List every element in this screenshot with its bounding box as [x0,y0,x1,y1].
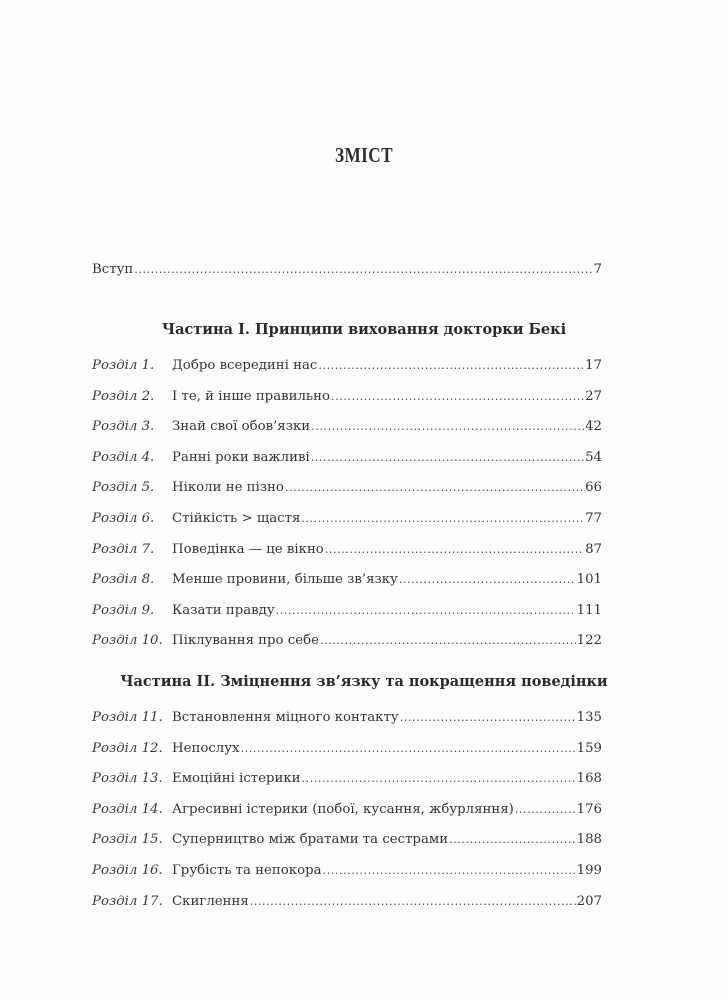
chapter-label: Розділ 12. [92,738,172,760]
dot-leader [302,768,576,790]
page-number: 54 [585,447,602,469]
dot-leader [241,738,576,760]
chapter-title: Емоційні істерики [172,768,301,790]
dot-leader [311,447,584,469]
page-number: 168 [577,768,602,790]
chapter-title: Суперництво між братами та сестрами [172,829,448,851]
chapter-title: Грубість та непокора [172,860,322,882]
page-number: 77 [585,508,602,530]
page-number: 135 [577,707,602,729]
chapter-label: Розділ 14. [92,799,172,821]
chapter-label: Розділ 2. [92,386,172,408]
entry-title: Вступ [92,259,133,281]
page-number: 101 [577,569,602,591]
toc-entry[interactable]: Розділ 8.Менше провини, більше зв’язку10… [92,569,602,591]
chapter-label: Розділ 5. [92,477,172,499]
toc-entry[interactable]: Розділ 11.Встановлення міцного контакту1… [92,707,602,729]
chapter-title: Ранні роки важливі [172,447,310,469]
dot-leader [515,799,576,821]
toc-entry-intro[interactable]: Вступ 7 [92,259,602,281]
dot-leader [400,707,576,729]
dot-leader [250,891,576,913]
dot-leader [325,539,584,561]
dot-leader [285,477,584,499]
dot-leader [134,259,592,281]
toc-entry[interactable]: Розділ 4.Ранні роки важливі54 [92,447,602,469]
page-number: 27 [585,386,602,408]
toc-entry[interactable]: Розділ 15.Суперництво між братами та сес… [92,829,602,851]
toc-entry[interactable]: Розділ 1.Добро всередині нас17 [92,355,602,377]
toc-entry[interactable]: Розділ 9.Казати правду111 [92,600,602,622]
page-number: 159 [577,738,602,760]
chapter-title: Казати правду [172,600,275,622]
toc-entry[interactable]: Розділ 13.Емоційні істерики168 [92,768,602,790]
chapter-label: Розділ 13. [92,768,172,790]
book-page: ЗМІСТ Вступ 7 Частина I. Принципи вихова… [0,0,728,1000]
page-number: 188 [577,829,602,851]
page-number: 122 [577,630,602,652]
page-title: ЗМІСТ [66,143,663,168]
page-number: 87 [585,539,602,561]
chapter-label: Розділ 1. [92,355,172,377]
chapter-title: Добро всередині нас [172,355,317,377]
chapter-title: Агресивні істерики (побої, кусання, жбур… [172,799,514,821]
chapter-label: Розділ 16. [92,860,172,882]
page-number: 207 [577,891,602,913]
toc-entry[interactable]: Розділ 12.Непослух159 [92,738,602,760]
chapter-title: Ніколи не пізно [172,477,284,499]
chapter-title: І те, й інше правильно [172,386,330,408]
page-number: 17 [585,355,602,377]
dot-leader [311,416,584,438]
chapter-label: Розділ 7. [92,539,172,561]
chapter-label: Розділ 3. [92,416,172,438]
toc-entry[interactable]: Розділ 5.Ніколи не пізно66 [92,477,602,499]
chapter-label: Розділ 15. [92,829,172,851]
part-heading-1: Частина I. Принципи виховання докторки Б… [0,321,728,338]
toc-entry[interactable]: Розділ 2.І те, й інше правильно27 [92,386,602,408]
chapter-label: Розділ 6. [92,508,172,530]
chapter-title: Непослух [172,738,240,760]
toc-entry[interactable]: Розділ 14.Агресивні істерики (побої, кус… [92,799,602,821]
dot-leader [318,355,584,377]
chapter-title: Встановлення міцного контакту [172,707,399,729]
chapter-label: Розділ 11. [92,707,172,729]
chapter-title: Поведінка — це вікно [172,539,324,561]
chapter-title: Менше провини, більше зв’язку [172,569,398,591]
dot-leader [331,386,584,408]
page-number: 66 [585,477,602,499]
toc-entry[interactable]: Розділ 10.Піклування про себе122 [92,630,602,652]
page-number: 42 [585,416,602,438]
chapter-title: Піклування про себе [172,630,319,652]
page-number: 199 [577,860,602,882]
dot-leader [276,600,576,622]
chapter-label: Розділ 8. [92,569,172,591]
toc-entry[interactable]: Розділ 17.Скиглення207 [92,891,602,913]
dot-leader [399,569,576,591]
dot-leader [323,860,576,882]
toc-entry[interactable]: Розділ 16.Грубість та непокора199 [92,860,602,882]
dot-leader [301,508,584,530]
toc-entry[interactable]: Розділ 7.Поведінка — це вікно87 [92,539,602,561]
part-heading-2: Частина II. Зміцнення зв’язку та покраще… [0,673,728,690]
page-number: 176 [577,799,602,821]
chapter-label: Розділ 17. [92,891,172,913]
dot-leader [320,630,576,652]
chapter-label: Розділ 10. [92,630,172,652]
chapter-title: Скиглення [172,891,249,913]
toc-entry[interactable]: Розділ 3.Знай свої обов’язки42 [92,416,602,438]
dot-leader [449,829,576,851]
page-number: 7 [594,259,602,281]
chapter-title: Стійкість > щастя [172,508,300,530]
chapter-label: Розділ 9. [92,600,172,622]
chapter-label: Розділ 4. [92,447,172,469]
chapter-title: Знай свої обов’язки [172,416,310,438]
toc-entry[interactable]: Розділ 6.Стійкість > щастя77 [92,508,602,530]
page-number: 111 [577,600,602,622]
